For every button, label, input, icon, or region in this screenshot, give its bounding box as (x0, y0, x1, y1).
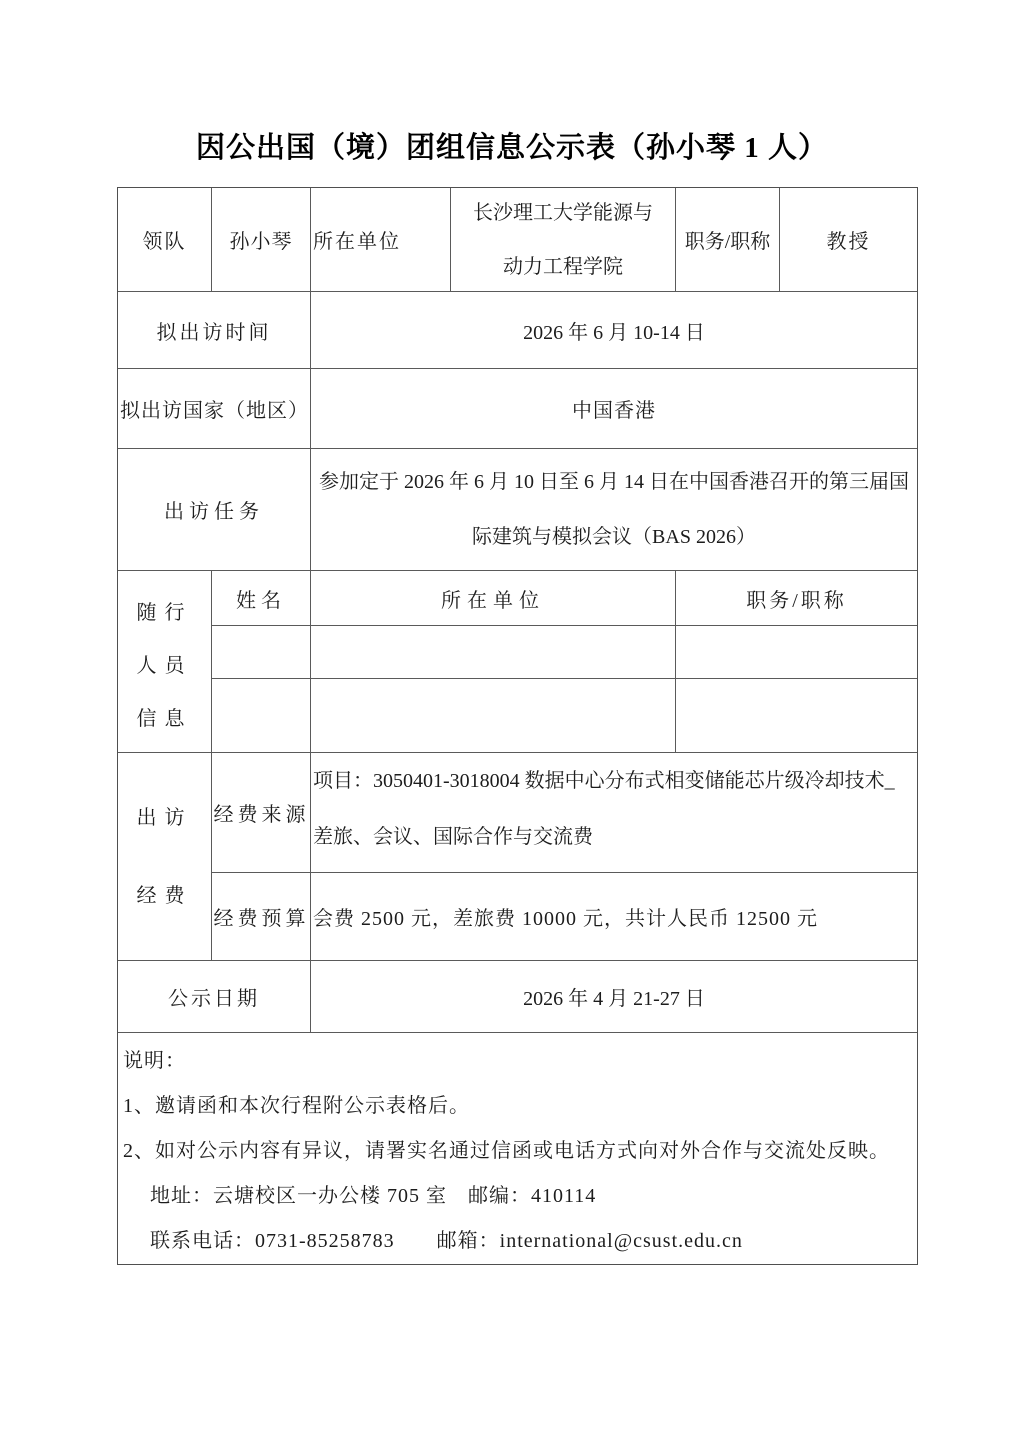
funding-budget-value-cell: 会费 2500 元，差旅费 10000 元，共计人民币 12500 元 (311, 873, 917, 961)
companions-group-line2: 人员 (137, 656, 193, 676)
notes-item-1: 1、邀请函和本次行程附公示表格后。 (123, 1084, 470, 1129)
companion-row2-name-cell (212, 679, 311, 753)
companions-group-line3: 信息 (137, 709, 193, 729)
leader-name-cell: 孙小琴 (212, 188, 311, 292)
companions-header-unit-cell: 所在单位 (311, 571, 676, 626)
visit-time-value-cell: 2026 年 6 月 10-14 日 (311, 292, 917, 369)
companion-row2-unit-cell (311, 679, 676, 753)
notes-address-line: 地址：云塘校区一办公楼 705 室 邮编：410114 (123, 1174, 596, 1219)
notes-cell: 说明： 1、邀请函和本次行程附公示表格后。 2、如对公示内容有异议，请署实名通过… (118, 1033, 917, 1264)
mission-label-cell: 出访任务 (118, 449, 311, 571)
funding-group-label-cell: 出访 经费 (118, 753, 212, 961)
info-table: 领队 孙小琴 所在单位 长沙理工大学能源与 动力工程学院 职务/职称 教授 拟出… (117, 187, 918, 1265)
companion-row2-position-cell (676, 679, 917, 753)
leader-position-label-cell: 职务/职称 (676, 188, 780, 292)
leader-unit-line1: 长沙理工大学能源与 (473, 188, 653, 240)
companion-row1-unit-cell (311, 626, 676, 679)
publicity-date-label-cell: 公示日期 (118, 961, 311, 1033)
leader-label-cell: 领队 (118, 188, 212, 292)
companions-group-line1: 随行 (137, 603, 193, 623)
mission-line2: 际建筑与模拟会议（BAS 2026） (472, 510, 756, 565)
destination-value-cell: 中国香港 (311, 369, 917, 449)
leader-unit-value-cell: 长沙理工大学能源与 动力工程学院 (451, 188, 676, 292)
companions-header-position-cell: 职务/职称 (676, 571, 917, 626)
visit-time-label-cell: 拟出访时间 (118, 292, 311, 369)
companion-row1-name-cell (212, 626, 311, 679)
mission-line1: 参加定于 2026 年 6 月 10 日至 6 月 14 日在中国香港召开的第三… (319, 455, 909, 510)
funding-budget-label-cell: 经费预算 (212, 873, 311, 961)
leader-unit-line2: 动力工程学院 (503, 240, 623, 293)
companion-row1-position-cell (676, 626, 917, 679)
funding-source-value-cell: 项目：3050401-3018004 数据中心分布式相变储能芯片级冷却技术_ 差… (311, 753, 917, 873)
funding-group-line2: 经费 (137, 886, 193, 906)
leader-unit-label-cell: 所在单位 (311, 188, 451, 292)
publicity-date-value-cell: 2026 年 4 月 21-27 日 (311, 961, 917, 1033)
notes-contact-line: 联系电话：0731-85258783 邮箱：international@csus… (123, 1219, 743, 1264)
leader-position-value-cell: 教授 (780, 188, 917, 292)
page-title: 因公出国（境）团组信息公示表（孙小琴 1 人） (0, 127, 1024, 169)
funding-group-line1: 出访 (137, 808, 193, 828)
companions-header-name-cell: 姓名 (212, 571, 311, 626)
funding-source-label-cell: 经费来源 (212, 753, 311, 873)
notes-heading: 说明： (123, 1039, 186, 1084)
destination-label-cell: 拟出访国家（地区） (118, 369, 311, 449)
funding-source-line1: 项目：3050401-3018004 数据中心分布式相变储能芯片级冷却技术_ (313, 753, 895, 809)
companions-group-label-cell: 随行 人员 信息 (118, 571, 212, 753)
mission-value-cell: 参加定于 2026 年 6 月 10 日至 6 月 14 日在中国香港召开的第三… (311, 449, 917, 571)
notes-item-2: 2、如对公示内容有异议，请署实名通过信函或电话方式向对外合作与交流处反映。 (123, 1129, 890, 1174)
document-page: 因公出国（境）团组信息公示表（孙小琴 1 人） 领队 孙小琴 所在单位 长沙理工… (0, 0, 1024, 1448)
funding-source-line2: 差旅、会议、国际合作与交流费 (313, 809, 593, 865)
